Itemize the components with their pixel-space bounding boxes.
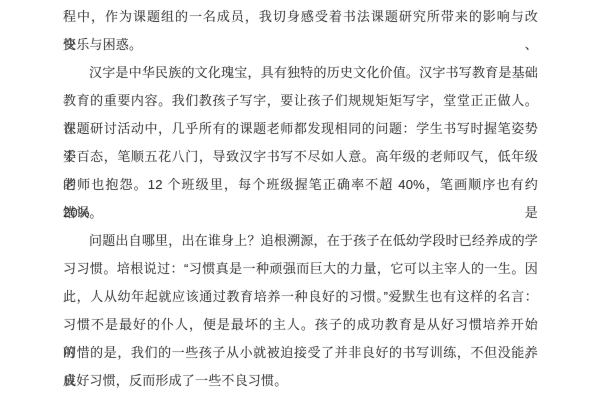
- document-page: 程中，作为课题组的一名成员，我切身感受着书法课题研究所带来的影响与改变、 快乐与…: [0, 0, 600, 400]
- text-line: 可惜的是，我们的一些孩子从小就被迫接受了并非良好的书写训练，不但没能养成: [63, 339, 538, 367]
- text-line: 程中，作为课题组的一名成员，我切身感受着书法课题研究所带来的影响与改变、: [63, 3, 538, 31]
- text-line: 老师也抱怨。12 个班级里，每个班级握笔正确率不超 40%，笔画顺序也有约 20…: [63, 171, 538, 199]
- text-line: 教育的重要内容。我们教孩子写字，要让孩子们规规矩矩写字，堂堂正正做人。在: [63, 87, 538, 115]
- text-line: 姿百态，笔顺五花八门，导致汉字书写不尽如人意。高年级的老师叹气，低年级的: [63, 143, 538, 171]
- text-line: 课题研讨活动中，几乎所有的课题老师都发现相同的问题：学生书写时握笔姿势千: [63, 115, 538, 143]
- text-line: 此，人从幼年起就应该通过教育培养一种良好的习惯。”爱默生也有这样的名言：: [63, 283, 538, 311]
- text-line: 问题出自哪里，出在谁身上？追根溯源，在于孩子在低幼学段时已经养成的学: [63, 227, 538, 255]
- text-line: 习习惯。培根说过：“习惯真是一种顽强而巨大的力量，它可以主宰人的一生。因: [63, 255, 538, 283]
- text-line: 汉字是中华民族的文化瑰宝，具有独特的历史文化价值。汉字书写教育是基础: [63, 59, 538, 87]
- text-line: 习惯不是最好的仆人，便是最坏的主人。孩子的成功教育是从好习惯培养开始的。: [63, 311, 538, 339]
- text-line: 良好习惯，反而形成了一些不良习惯。: [63, 367, 538, 395]
- document-text-block: 程中，作为课题组的一名成员，我切身感受着书法课题研究所带来的影响与改变、 快乐与…: [63, 3, 538, 395]
